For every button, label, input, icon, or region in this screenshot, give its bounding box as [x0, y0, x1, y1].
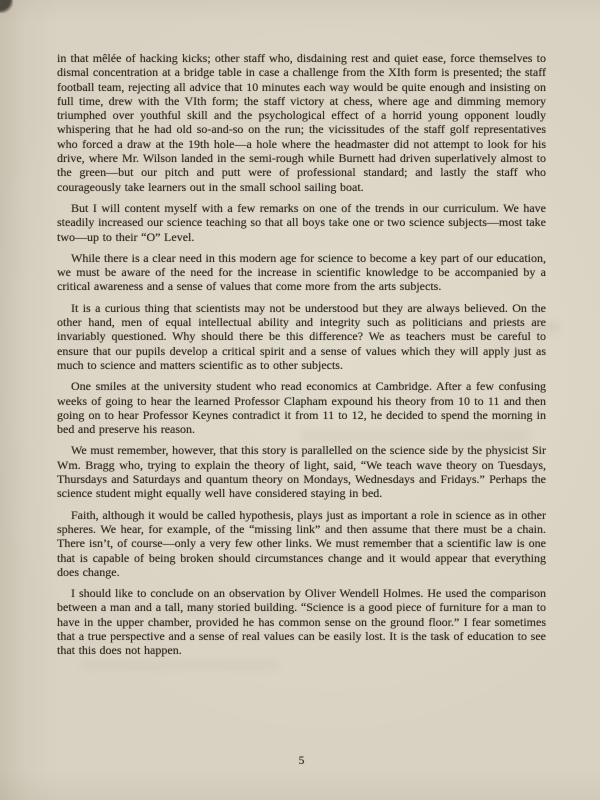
- paragraph: We must remember, however, that this sto…: [57, 443, 546, 500]
- scan-corner-artifact: [0, 0, 13, 13]
- paragraph: I should like to conclude on an observat…: [57, 586, 546, 657]
- paragraph: While there is a clear need in this mode…: [57, 251, 546, 294]
- paragraph: But I will content myself with a few rem…: [57, 201, 546, 244]
- body-text: in that mêlée of hacking kicks; other st…: [57, 51, 546, 665]
- scanned-book-page: in that mêlée of hacking kicks; other st…: [0, 0, 600, 800]
- paragraph: in that mêlée of hacking kicks; other st…: [57, 51, 546, 194]
- page-number: 5: [57, 755, 546, 767]
- paragraph: It is a curious thing that scientists ma…: [57, 301, 546, 372]
- paragraph: One smiles at the university student who…: [57, 379, 546, 436]
- paragraph: Faith, although it would be called hypot…: [57, 508, 546, 579]
